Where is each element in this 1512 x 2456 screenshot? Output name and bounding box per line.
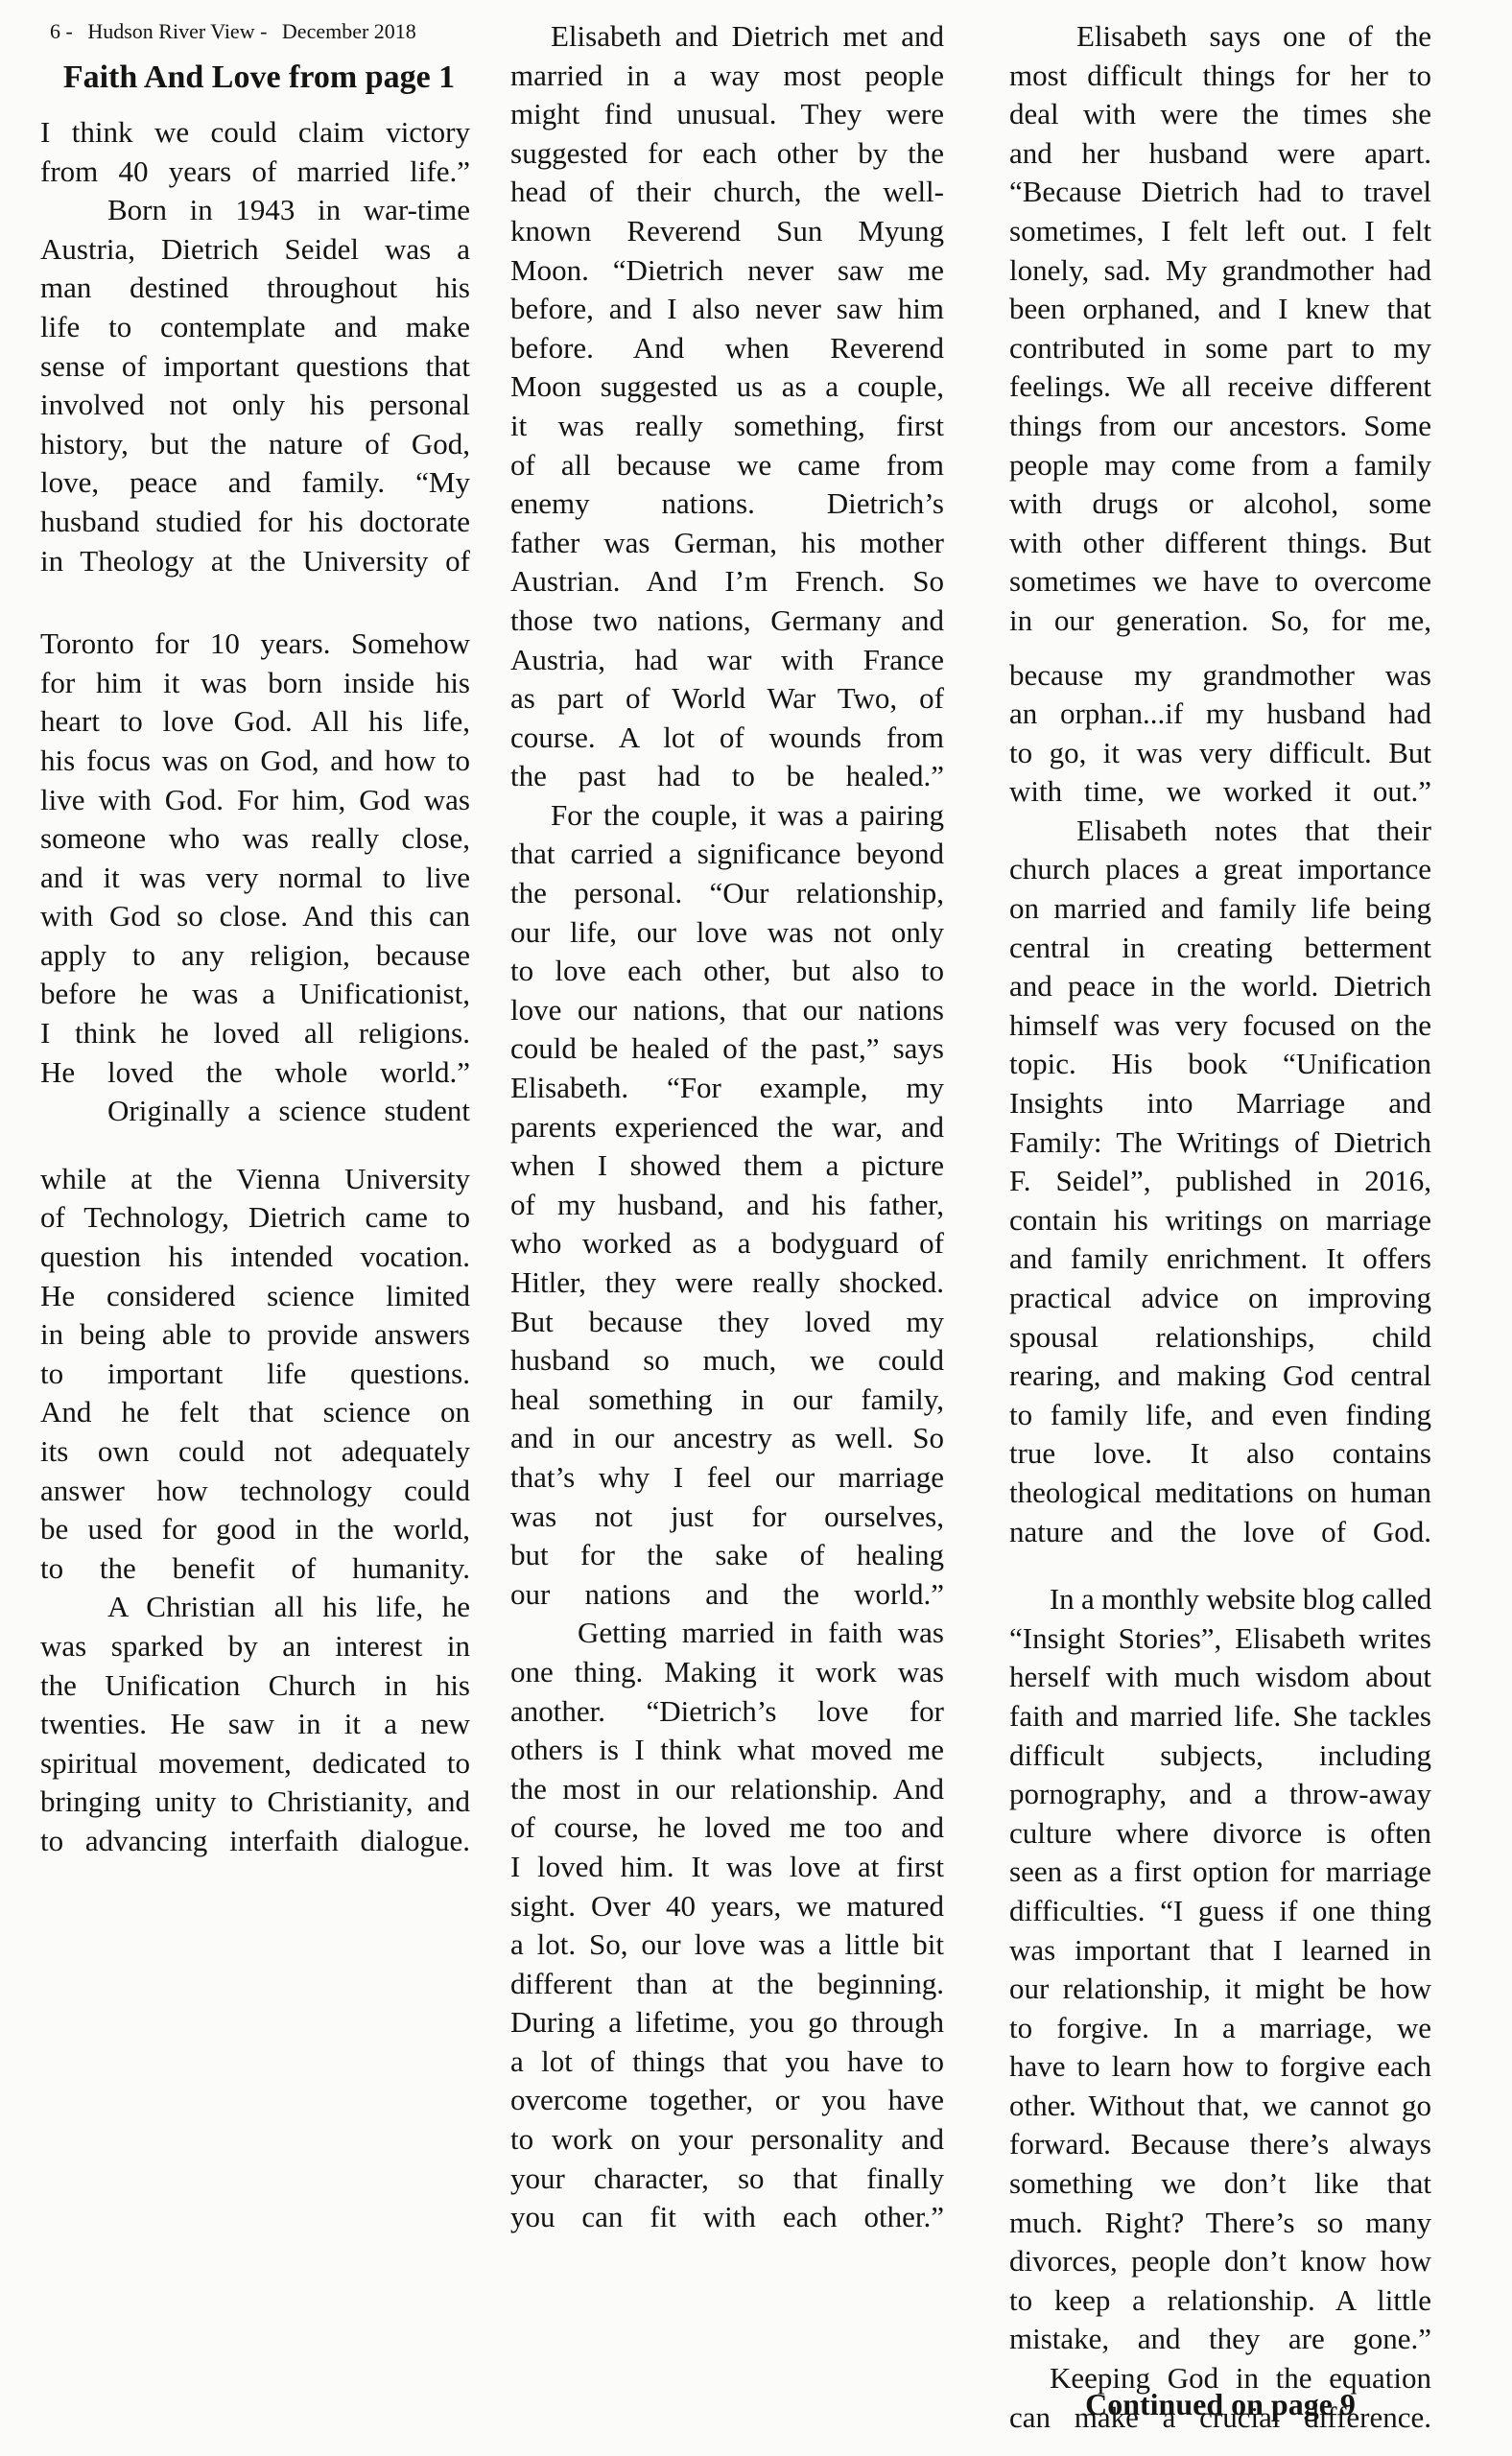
text-line: love our nations, that our nations xyxy=(510,991,944,1030)
text-line: But because they loved my xyxy=(510,1303,944,1342)
text-line: the Unification Church in his xyxy=(40,1666,470,1706)
text-line: before, and I also never saw him xyxy=(510,290,944,329)
text-line: before. And when Reverend xyxy=(510,329,944,368)
text-line: from 40 years of married life.” xyxy=(40,153,470,192)
text-line: you can fit with each other.” xyxy=(510,2198,944,2237)
text-line: culture where divorce is often xyxy=(1009,1814,1431,1854)
text-line: known Reverend Sun Myung xyxy=(510,212,944,251)
text-line: F. Seidel”, published in 2016, xyxy=(1009,1162,1431,1201)
text-line: in being able to provide answers xyxy=(40,1315,470,1355)
text-line: sometimes we have to overcome xyxy=(1009,562,1431,602)
text-line: while at the Vienna University xyxy=(40,1160,470,1199)
text-line: Toronto for 10 years. Somehow xyxy=(40,625,470,664)
text-line: parents experienced the war, and xyxy=(510,1108,944,1147)
text-line: history, but the nature of God, xyxy=(40,425,470,464)
article-column-3: Elisabeth says one of themost difficult … xyxy=(1009,17,1431,2437)
text-line: been orphaned, and I knew that xyxy=(1009,290,1431,329)
text-line: another. “Dietrich’s love for xyxy=(510,1692,944,1732)
text-line: for him it was born inside his xyxy=(40,664,470,703)
page-number: 6 - xyxy=(50,19,73,43)
text-line: things from our ancestors. Some xyxy=(1009,407,1431,446)
text-line: his focus was on God, and how to xyxy=(40,742,470,781)
text-line: practical advice on improving xyxy=(1009,1279,1431,1318)
text-line: other. Without that, we cannot go xyxy=(1009,2087,1431,2126)
text-line: before he was a Unificationist, xyxy=(40,975,470,1014)
text-line: of Technology, Dietrich came to xyxy=(40,1198,470,1238)
text-line: was important that I learned in xyxy=(1009,1931,1431,1971)
text-line: forward. Because there’s always xyxy=(1009,2125,1431,2164)
page-header: 6 - Hudson River View - December 2018 xyxy=(50,19,472,44)
text-line: contributed in some part to my xyxy=(1009,329,1431,368)
text-line: Elisabeth. “For example, my xyxy=(510,1069,944,1108)
text-line: different than at the beginning. xyxy=(510,1965,944,2004)
text-line: Elisabeth says one of the xyxy=(1009,17,1431,57)
text-line: most difficult things for her to xyxy=(1009,57,1431,96)
text-line: have to learn how to forgive each xyxy=(1009,2047,1431,2087)
text-line: Moon suggested us as a couple, xyxy=(510,367,944,407)
text-line: one thing. Making it work was xyxy=(510,1653,944,1692)
text-line: to the benefit of humanity. xyxy=(40,1549,470,1589)
text-line: of course, he loved me too and xyxy=(510,1808,944,1848)
text-line: spousal relationships, child xyxy=(1009,1318,1431,1358)
text-line: In a monthly website blog called xyxy=(1009,1580,1431,1619)
text-line: contain his writings on marriage xyxy=(1009,1201,1431,1240)
text-line: could be healed of the past,” says xyxy=(510,1029,944,1069)
text-line: involved not only his personal xyxy=(40,386,470,425)
text-line: with God so close. And this can xyxy=(40,897,470,936)
text-line: and in our ancestry as well. So xyxy=(510,1419,944,1458)
text-line: bringing unity to Christianity, and xyxy=(40,1783,470,1822)
text-line: of all because we came from xyxy=(510,446,944,485)
text-line: Austria, Dietrich Seidel was a xyxy=(40,230,470,270)
text-line: our nations and the world.” xyxy=(510,1575,944,1615)
text-line: lonely, sad. My grandmother had xyxy=(1009,251,1431,291)
text-line: much. Right? There’s so many xyxy=(1009,2204,1431,2243)
text-line: of my husband, and his father, xyxy=(510,1186,944,1225)
text-line: During a lifetime, you go through xyxy=(510,2003,944,2043)
text-line: that’s why I feel our marriage xyxy=(510,1458,944,1498)
text-line: be used for good in the world, xyxy=(40,1510,470,1549)
text-line: that carried a significance beyond xyxy=(510,835,944,874)
column-gap xyxy=(40,1131,470,1160)
text-line: something we don’t like that xyxy=(1009,2164,1431,2204)
text-line: it was really something, first xyxy=(510,407,944,446)
text-line: and her husband were apart. xyxy=(1009,134,1431,174)
text-line: people may come from a family xyxy=(1009,446,1431,485)
text-line: but for the sake of healing xyxy=(510,1536,944,1575)
text-line: difficulties. “I guess if one thing xyxy=(1009,1892,1431,1931)
text-line: difficult subjects, including xyxy=(1009,1736,1431,1776)
text-line: topic. His book “Unification xyxy=(1009,1045,1431,1084)
text-line: with other different things. But xyxy=(1009,524,1431,563)
text-line: twenties. He saw in it a new xyxy=(40,1705,470,1744)
text-line: And he felt that science on xyxy=(40,1393,470,1432)
text-line: husband so much, we could xyxy=(510,1341,944,1381)
text-line: to important life questions. xyxy=(40,1355,470,1394)
text-line: in our generation. So, for me, xyxy=(1009,602,1431,641)
article-column-2: Elisabeth and Dietrich met andmarried in… xyxy=(510,17,944,2237)
text-line: himself was very focused on the xyxy=(1009,1006,1431,1046)
text-line: our life, our love was not only xyxy=(510,913,944,953)
column-gap xyxy=(1009,641,1431,656)
text-line: in Theology at the University of xyxy=(40,542,470,581)
text-line: and peace in the world. Dietrich xyxy=(1009,967,1431,1006)
text-line: might find unusual. They were xyxy=(510,95,944,134)
text-line: live with God. For him, God was xyxy=(40,781,470,820)
text-line: the most in our relationship. And xyxy=(510,1770,944,1809)
text-line: married in a way most people xyxy=(510,57,944,96)
text-line: For the couple, it was a pairing xyxy=(510,796,944,836)
text-line: Family: The Writings of Dietrich xyxy=(1009,1123,1431,1163)
text-line: others is I think what moved me xyxy=(510,1731,944,1770)
text-line: to keep a relationship. A little xyxy=(1009,2281,1431,2321)
text-line: heart to love God. All his life, xyxy=(40,702,470,742)
publication-name: Hudson River View - xyxy=(87,19,267,43)
text-line: seen as a first option for marriage xyxy=(1009,1853,1431,1892)
text-line: answer how technology could xyxy=(40,1472,470,1511)
text-line: the past had to be healed.” xyxy=(510,757,944,796)
text-line: Elisabeth and Dietrich met and xyxy=(510,17,944,57)
issue-date: December 2018 xyxy=(282,19,416,43)
text-line: Elisabeth notes that their xyxy=(1009,812,1431,851)
text-line: on married and family life being xyxy=(1009,889,1431,929)
text-line: with time, we worked it out.” xyxy=(1009,772,1431,812)
text-line: because my grandmother was xyxy=(1009,656,1431,696)
column-gap xyxy=(1009,1551,1431,1580)
text-line: herself with much wisdom about xyxy=(1009,1658,1431,1697)
text-line: someone who was really close, xyxy=(40,819,470,859)
text-line: sight. Over 40 years, we matured xyxy=(510,1887,944,1926)
text-line: course. A lot of wounds from xyxy=(510,719,944,758)
text-line: I think he loved all religions. xyxy=(40,1014,470,1053)
text-line: theological meditations on human xyxy=(1009,1474,1431,1513)
text-line: Getting married in faith was xyxy=(510,1614,944,1653)
text-line: rearing, and making God central xyxy=(1009,1357,1431,1396)
text-line: to go, it was very difficult. But xyxy=(1009,734,1431,773)
text-line: He loved the whole world.” xyxy=(40,1053,470,1093)
text-line: Austria, had war with France xyxy=(510,641,944,680)
article-column-1: I think we could claim victoryfrom 40 ye… xyxy=(40,113,470,1861)
text-line: A Christian all his life, he xyxy=(40,1588,470,1627)
text-line: those two nations, Germany and xyxy=(510,602,944,641)
text-line: and it was very normal to live xyxy=(40,859,470,898)
text-line: He considered science limited xyxy=(40,1277,470,1316)
text-line: as part of World War Two, of xyxy=(510,679,944,719)
text-line: life to contemplate and make xyxy=(40,308,470,347)
text-line: an orphan...if my husband had xyxy=(1009,695,1431,734)
text-line: spiritual movement, dedicated to xyxy=(40,1744,470,1783)
text-line: Born in 1943 in war-time xyxy=(40,191,470,230)
text-line: a lot. So, our love was a little bit xyxy=(510,1925,944,1965)
text-line: our relationship, it might be how xyxy=(1009,1970,1431,2009)
text-line: who worked as a bodyguard of xyxy=(510,1224,944,1263)
text-line: with drugs or alcohol, some xyxy=(1009,484,1431,524)
text-line: to family life, and even finding xyxy=(1009,1396,1431,1435)
text-line: I think we could claim victory xyxy=(40,113,470,153)
text-line: Moon. “Dietrich never saw me xyxy=(510,251,944,291)
text-line: true love. It also contains xyxy=(1009,1434,1431,1474)
article-title: Faith And Love from page 1 xyxy=(58,59,461,96)
text-line: mistake, and they are gone.” xyxy=(1009,2320,1431,2359)
text-line: to love each other, but also to xyxy=(510,952,944,991)
text-line: head of their church, the well- xyxy=(510,173,944,212)
text-line: love, peace and family. “My xyxy=(40,463,470,503)
text-line: Hitler, they were really shocked. xyxy=(510,1263,944,1303)
text-line: sometimes, I felt left out. I felt xyxy=(1009,212,1431,251)
text-line: feelings. We all receive different xyxy=(1009,367,1431,407)
text-line: father was German, his mother xyxy=(510,524,944,563)
text-line: your character, so that finally xyxy=(510,2160,944,2199)
text-line: pornography, and a throw-away xyxy=(1009,1775,1431,1814)
text-line: central in creating betterment xyxy=(1009,929,1431,968)
text-line: church places a great importance xyxy=(1009,850,1431,889)
text-line: I loved him. It was love at first xyxy=(510,1848,944,1887)
text-line: heal something in our family, xyxy=(510,1381,944,1420)
text-line: man destined throughout his xyxy=(40,269,470,308)
text-line: apply to any religion, because xyxy=(40,936,470,976)
text-line: nature and the love of God. xyxy=(1009,1513,1431,1552)
text-line: “Insight Stories”, Elisabeth writes xyxy=(1009,1619,1431,1659)
text-line: when I showed them a picture xyxy=(510,1146,944,1186)
text-line: and family enrichment. It offers xyxy=(1009,1240,1431,1279)
text-line: enemy nations. Dietrich’s xyxy=(510,484,944,524)
text-line: divorces, people don’t know how xyxy=(1009,2242,1431,2281)
text-line: a lot of things that you have to xyxy=(510,2043,944,2082)
column-gap xyxy=(40,580,470,625)
text-line: suggested for each other by the xyxy=(510,134,944,174)
text-line: was sparked by an interest in xyxy=(40,1627,470,1666)
text-line: the personal. “Our relationship, xyxy=(510,874,944,913)
text-line: “Because Dietrich had to travel xyxy=(1009,173,1431,212)
text-line: Originally a science student xyxy=(40,1092,470,1131)
text-line: Insights into Marriage and xyxy=(1009,1084,1431,1123)
text-line: was not just for ourselves, xyxy=(510,1498,944,1537)
text-line: Austrian. And I’m French. So xyxy=(510,562,944,602)
text-line: faith and married life. She tackles xyxy=(1009,1697,1431,1736)
text-line: to work on your personality and xyxy=(510,2120,944,2160)
continued-jump-line: Continued on page 9 xyxy=(1009,2387,1431,2422)
text-line: to advancing interfaith dialogue. xyxy=(40,1822,470,1861)
text-line: deal with were the times she xyxy=(1009,95,1431,134)
text-line: sense of important questions that xyxy=(40,347,470,387)
text-line: its own could not adequately xyxy=(40,1432,470,1472)
text-line: to forgive. In a marriage, we xyxy=(1009,2009,1431,2048)
text-line: question his intended vocation. xyxy=(40,1238,470,1277)
text-line: husband studied for his doctorate xyxy=(40,503,470,542)
text-line: overcome together, or you have xyxy=(510,2081,944,2120)
